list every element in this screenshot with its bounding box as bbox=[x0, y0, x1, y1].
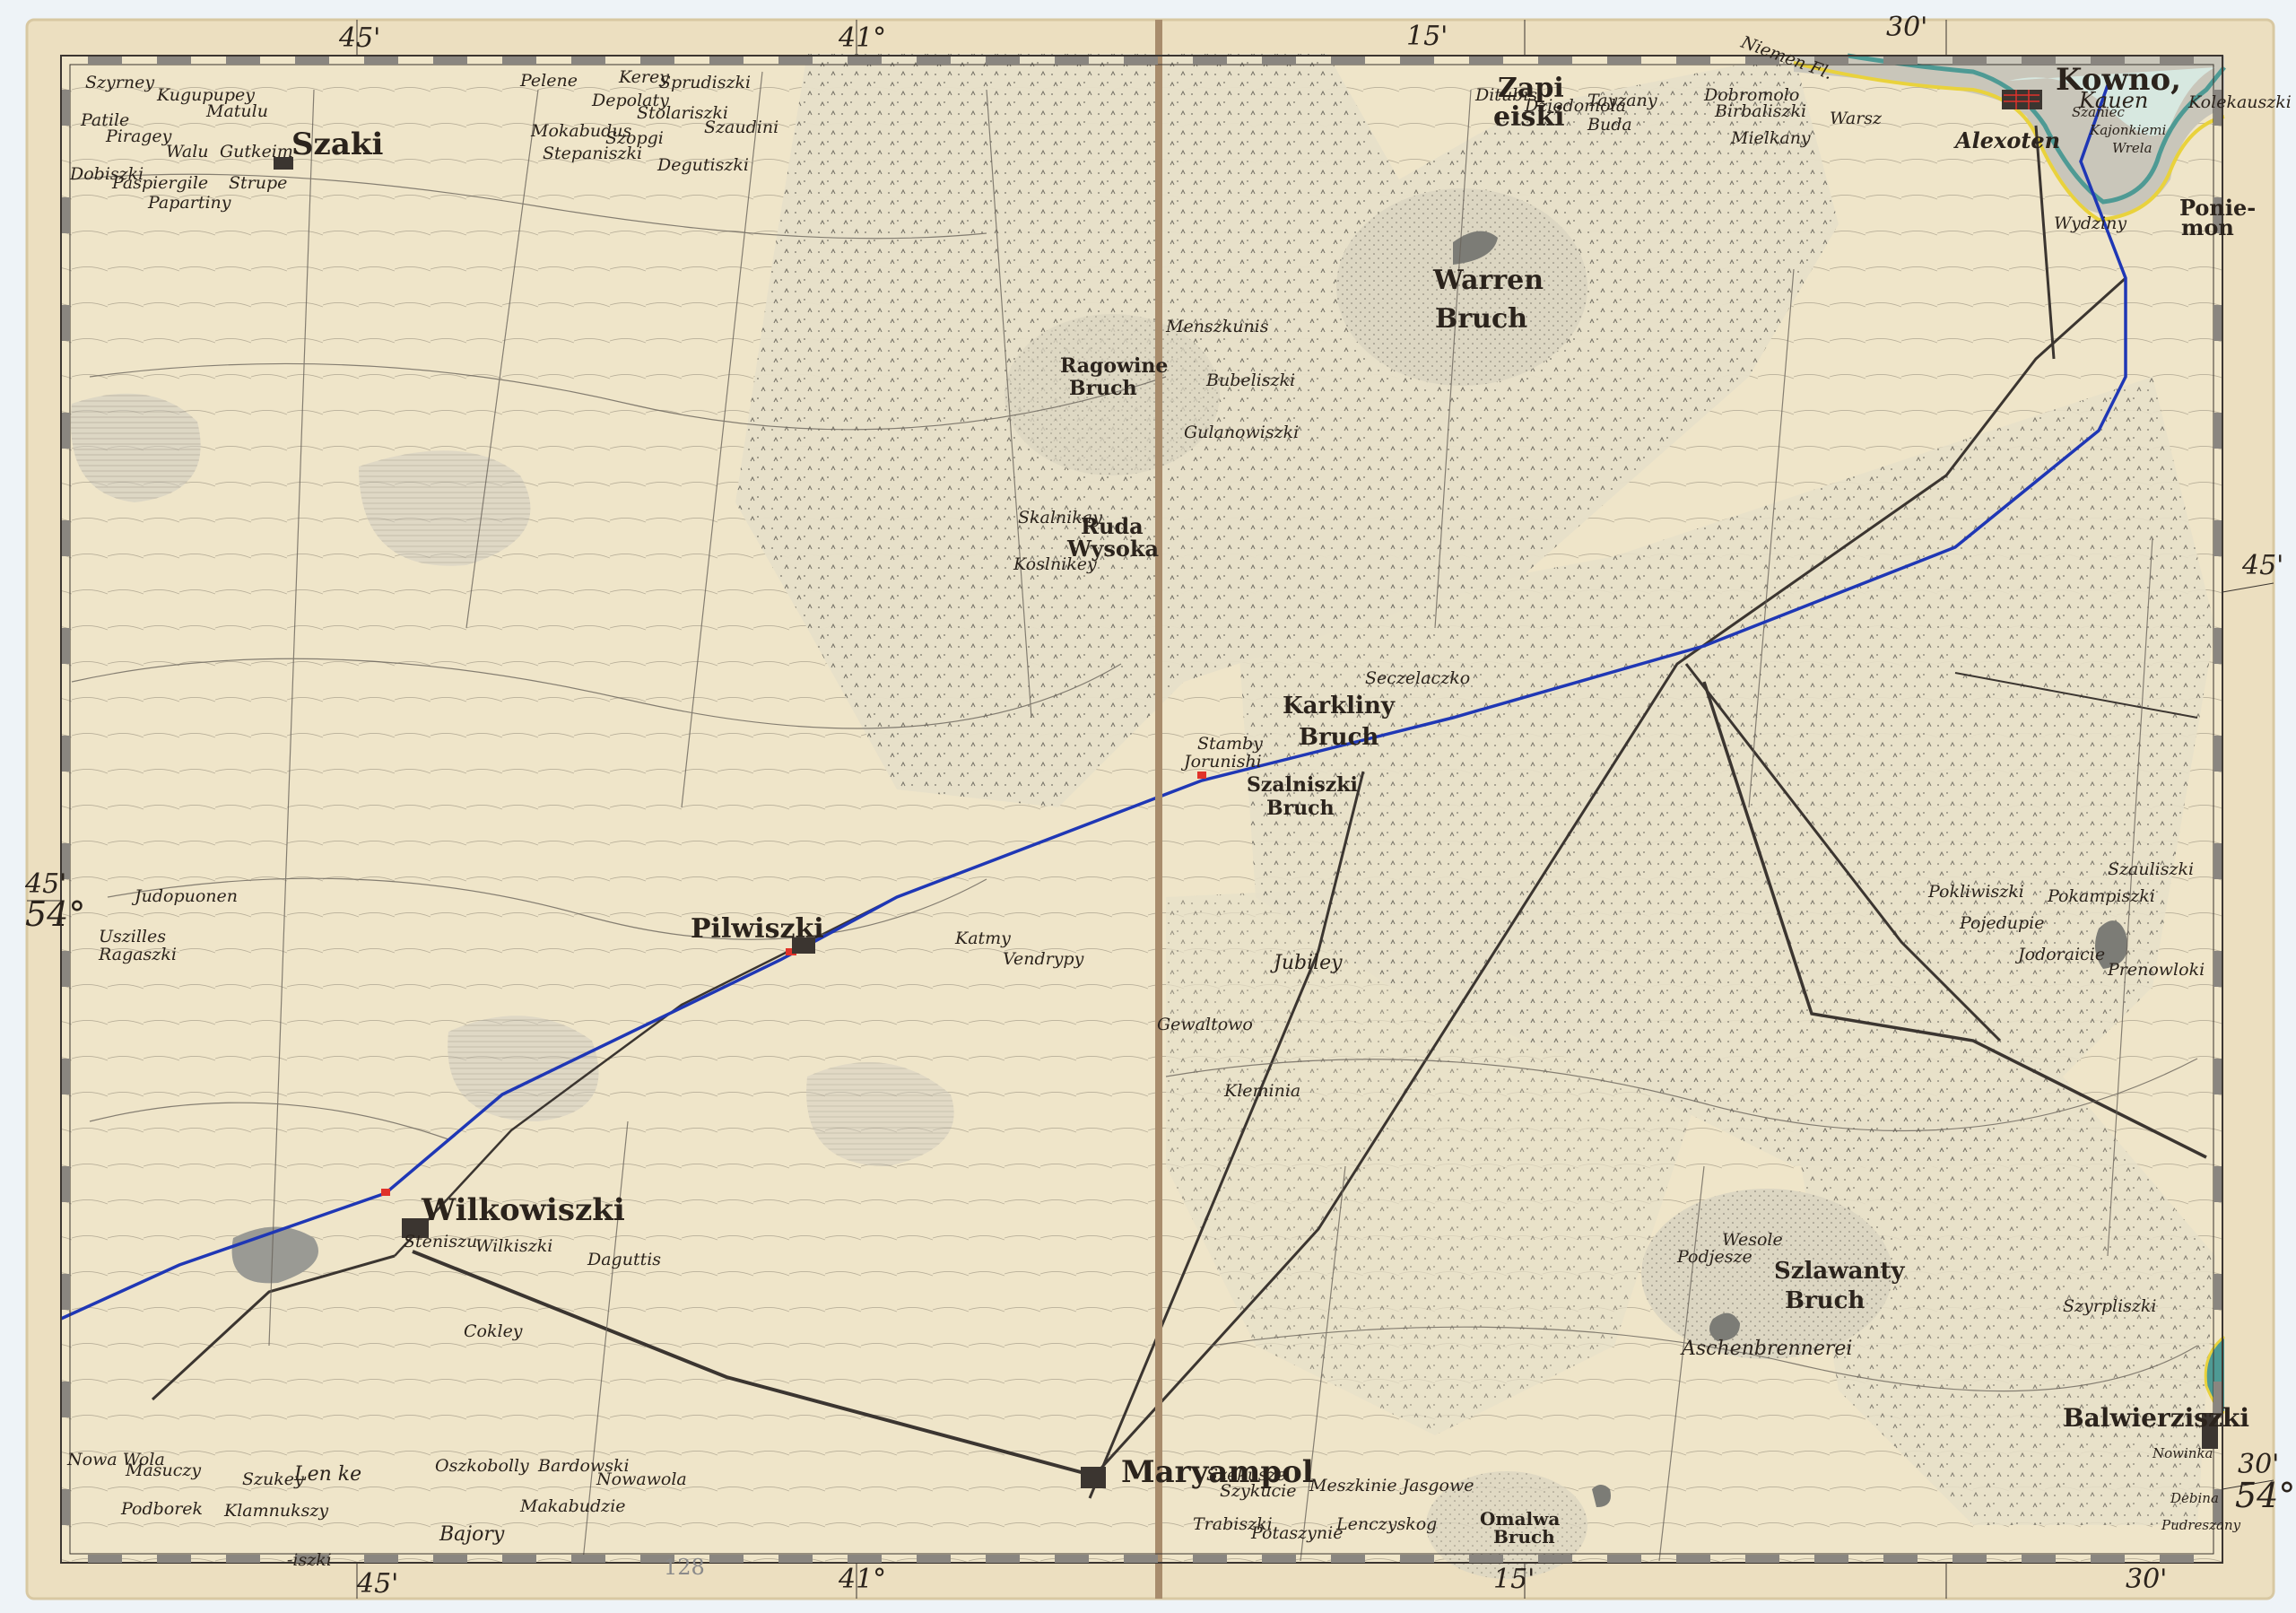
village-label: Potaszynie bbox=[1250, 1523, 1343, 1543]
village-label: Wilkiszki bbox=[475, 1236, 552, 1256]
marsh-warren-bruch: Bruch bbox=[1435, 303, 1527, 335]
marsh-warren: Warren bbox=[1432, 265, 1544, 296]
village-label: Szykucie bbox=[1220, 1481, 1296, 1501]
town-szaki: Szaki bbox=[291, 126, 383, 162]
marsh-omalwa-bruch: Bruch bbox=[1493, 1526, 1555, 1548]
sheet-number: 128 bbox=[664, 1555, 705, 1580]
village-label: Kolekauszki bbox=[2187, 92, 2292, 112]
bottom-tick-30: 30' bbox=[2126, 1564, 2167, 1595]
village-label: Prenowloki bbox=[2107, 960, 2205, 980]
village-label: Jorunishi bbox=[1180, 752, 1262, 772]
village-label: Daguttis bbox=[587, 1250, 661, 1269]
village-label: Menszkunis bbox=[1165, 317, 1269, 336]
village-label: Masuczy bbox=[125, 1460, 201, 1480]
village-label: Ditubis bbox=[1474, 85, 1537, 105]
marsh-ragowine: Ragowine bbox=[1060, 354, 1168, 378]
top-tick-30: 30' bbox=[1886, 12, 1927, 43]
town-wilkowiszki: Wilkowiszki bbox=[421, 1192, 625, 1228]
station-marker bbox=[1197, 772, 1206, 779]
village-label: Koslnikey bbox=[1013, 554, 1097, 574]
village-label: Debina bbox=[2170, 1490, 2219, 1506]
village-label: Stamby bbox=[1197, 734, 1263, 754]
village-label: Tayzany bbox=[1587, 91, 1657, 110]
village-label: Warsz bbox=[1830, 109, 1883, 128]
village-label: Podborek bbox=[120, 1499, 203, 1519]
village-label: Papartiny bbox=[147, 193, 231, 213]
village-label: Nowawola bbox=[596, 1469, 687, 1489]
village-label: Len ke bbox=[293, 1463, 361, 1486]
right-tick-54: 54° bbox=[2235, 1476, 2295, 1515]
marsh-ragowine-bruch: Bruch bbox=[1069, 377, 1137, 400]
village-label: Buda bbox=[1587, 115, 1632, 135]
map-body bbox=[61, 54, 2222, 1579]
bottom-tick-45: 45' bbox=[356, 1568, 398, 1600]
right-tick-45: 45' bbox=[2241, 550, 2283, 581]
village-label: Oszkobolly bbox=[435, 1456, 529, 1476]
town-balwierziszki: Balwierziszki bbox=[2063, 1403, 2249, 1433]
marsh-szalniszki-bruch: Bruch bbox=[1266, 797, 1335, 820]
village-label: Wrela bbox=[2112, 140, 2152, 156]
top-tick-15: 15' bbox=[1406, 21, 1448, 52]
village-label: Walu bbox=[166, 142, 209, 161]
village-label: Wydziny bbox=[2054, 214, 2126, 233]
village-label: Gutkeim bbox=[220, 142, 293, 161]
town-pilwiszki: Pilwiszki bbox=[691, 913, 824, 945]
village-label: Klamnukszy bbox=[223, 1501, 328, 1521]
station-marker bbox=[381, 1189, 390, 1196]
village-label: Pojedupie bbox=[1959, 913, 2044, 933]
village-label: Jodoraicie bbox=[2014, 945, 2105, 964]
village-label: Birbaliszki bbox=[1714, 101, 1806, 121]
village-label: Pokampiszki bbox=[2047, 886, 2155, 906]
village-label: Szaudini bbox=[704, 118, 778, 137]
village-label: Szaniec bbox=[2072, 104, 2125, 120]
village-label: Szyrpliszki bbox=[2063, 1296, 2157, 1316]
village-label: Katmy bbox=[954, 929, 1011, 948]
bottom-margin-fragment: -iszki bbox=[287, 1550, 332, 1570]
bottom-tick-41: 41° bbox=[838, 1564, 886, 1595]
village-label: Pelene bbox=[519, 71, 578, 91]
village-label: Kajonkiemi bbox=[2089, 122, 2166, 138]
village-label: Gulanowiszki bbox=[1184, 423, 1299, 442]
village-label: Lenczyskog bbox=[1335, 1514, 1437, 1534]
village-label: Vendrypy bbox=[1003, 949, 1084, 969]
village-label: Seczelaczko bbox=[1365, 668, 1470, 688]
village-label: Jubiley bbox=[1270, 952, 1343, 974]
village-label: Cokley bbox=[464, 1321, 523, 1341]
town-poniemon-sub: mon bbox=[2181, 214, 2234, 240]
marsh-karkliny: Karkliny bbox=[1283, 693, 1396, 719]
village-label: Steniszu bbox=[404, 1232, 477, 1251]
village-label: Judopuonen bbox=[131, 886, 238, 906]
village-label: Bajory bbox=[439, 1523, 505, 1546]
village-label: Paspiergile bbox=[111, 173, 208, 193]
village-label: Nowinka bbox=[2152, 1445, 2213, 1461]
village-label: Gewaltowo bbox=[1157, 1015, 1253, 1034]
village-label: Aschenbrennerei bbox=[1680, 1338, 1852, 1360]
village-label: Pudreszany bbox=[2161, 1517, 2241, 1533]
village-label: Ragaszki bbox=[98, 945, 177, 964]
top-tick-45: 45' bbox=[338, 22, 380, 54]
top-tick-41: 41° bbox=[838, 22, 886, 54]
marsh-szalniszki: Szalniszki bbox=[1247, 773, 1358, 797]
village-label: Makabudzie bbox=[519, 1496, 626, 1516]
village-label: Matulu bbox=[205, 101, 268, 121]
village-label: Mielkany bbox=[1730, 128, 1811, 148]
village-label: Podjesze bbox=[1676, 1247, 1752, 1267]
village-label: Degutiszki bbox=[657, 155, 749, 175]
marsh-szlawanty: Szlawanty bbox=[1774, 1258, 1905, 1285]
village-label: Kleminia bbox=[1223, 1081, 1300, 1101]
town-alexoten: Alexoten bbox=[1953, 127, 2060, 153]
village-label: Szyrney bbox=[85, 73, 154, 92]
marsh-karkliny-bruch: Bruch bbox=[1299, 724, 1378, 751]
village-label: Piragey bbox=[105, 126, 172, 146]
village-label: Stepaniszki bbox=[543, 144, 642, 163]
marsh-szlawanty-bruch: Bruch bbox=[1785, 1287, 1865, 1314]
village-label: Uszilles bbox=[99, 927, 166, 946]
village-label: Skalnikay bbox=[1018, 508, 1102, 527]
map-sheet: 45' 41° 15' 30' 45' 41° 15' 30' 45' 54° … bbox=[0, 0, 2296, 1613]
village-label: Meszkinie Jasgowe bbox=[1309, 1476, 1474, 1495]
village-label: Pokliwiszki bbox=[1927, 882, 2024, 902]
village-label: Szauliszki bbox=[2108, 859, 2194, 879]
village-label: Bubeliszki bbox=[1205, 371, 1295, 390]
bottom-tick-15: 15' bbox=[1493, 1564, 1535, 1595]
village-label: Sprudiszki bbox=[659, 73, 751, 92]
village-label: Strupe bbox=[229, 173, 287, 193]
left-tick-54: 54° bbox=[25, 894, 85, 934]
fold-line bbox=[1155, 20, 1162, 1599]
